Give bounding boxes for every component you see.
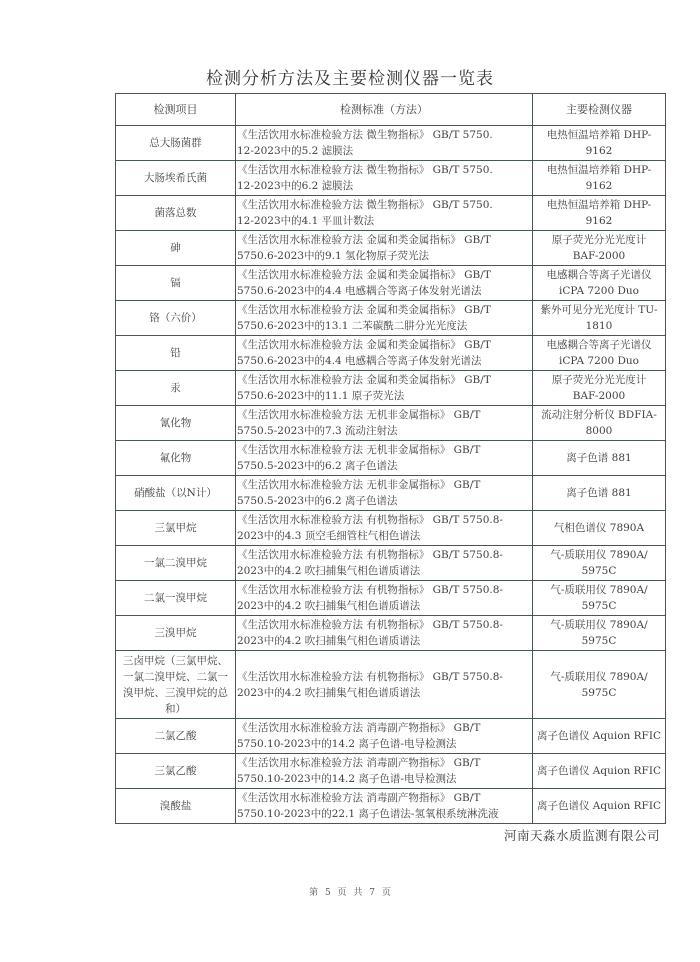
page-number: 第 5 页 共 7 页 xyxy=(0,885,700,898)
instrument-line: iCPA 7200 Duo xyxy=(534,283,664,299)
standard-method-cell: 《生活饮用水标准检验方法 有机物指标》 GB/T 5750.8-2023中的4.… xyxy=(236,511,533,546)
standard-method-line: 《生活饮用水标准检验方法 微生物指标》 GB/T 5750. xyxy=(237,127,531,143)
table-row: 砷《生活饮用水标准检验方法 金属和类金属指标》 GB/T5750.6-2023中… xyxy=(116,231,666,266)
instrument-line: 9162 xyxy=(534,143,664,159)
standard-method-cell: 《生活饮用水标准检验方法 金属和类金属指标》 GB/T5750.6-2023中的… xyxy=(236,336,533,371)
test-item-cell: 铬（六价） xyxy=(116,301,236,336)
standard-method-line: 《生活饮用水标准检验方法 无机非金属指标》 GB/T xyxy=(237,407,531,423)
standard-method-line: 《生活饮用水标准检验方法 金属和类金属指标》 GB/T xyxy=(237,267,531,283)
table-row: 大肠埃希氏菌《生活饮用水标准检验方法 微生物指标》 GB/T 5750.12-2… xyxy=(116,161,666,196)
table-row: 二氯一溴甲烷《生活饮用水标准检验方法 有机物指标》 GB/T 5750.8-20… xyxy=(116,581,666,616)
standard-method-cell: 《生活饮用水标准检验方法 有机物指标》 GB/T 5750.8-2023中的4.… xyxy=(236,651,533,719)
table-row: 氰化物《生活饮用水标准检验方法 无机非金属指标》 GB/T5750.5-2023… xyxy=(116,406,666,441)
standard-method-cell: 《生活饮用水标准检验方法 无机非金属指标》 GB/T5750.5-2023中的6… xyxy=(236,476,533,511)
instrument-line: BAF-2000 xyxy=(534,388,664,404)
standard-method-line: 《生活饮用水标准检验方法 微生物指标》 GB/T 5750. xyxy=(237,162,531,178)
instrument-cell: 气-质联用仪 7890A/5975C xyxy=(533,581,666,616)
table-row: 一氯二溴甲烷《生活饮用水标准检验方法 有机物指标》 GB/T 5750.8-20… xyxy=(116,546,666,581)
instrument-line: 离子色谱仪 Aquion RFIC xyxy=(534,728,664,744)
test-item-cell: 二氯一溴甲烷 xyxy=(116,581,236,616)
test-item-cell: 二氯乙酸 xyxy=(116,719,236,754)
test-item-cell: 三溴甲烷 xyxy=(116,616,236,651)
test-item-cell: 三氯乙酸 xyxy=(116,754,236,789)
instrument-line: 流动注射分析仪 BDFIA- xyxy=(534,407,664,423)
instrument-cell: 原子荧光分光光度计BAF-2000 xyxy=(533,371,666,406)
standard-method-line: 12-2023中的5.2 滤膜法 xyxy=(237,143,531,159)
test-item-line: 和） xyxy=(117,701,234,717)
standard-method-line: 12-2023中的4.1 平皿计数法 xyxy=(237,213,531,229)
standard-method-cell: 《生活饮用水标准检验方法 微生物指标》 GB/T 5750.12-2023中的5… xyxy=(236,126,533,161)
standard-method-line: 《生活饮用水标准检验方法 消毒副产物指标》 GB/T xyxy=(237,790,531,806)
standard-method-line: 5750.6-2023中的4.4 电感耦合等离子体发射光谱法 xyxy=(237,283,531,299)
standard-method-line: 2023中的4.3 顶空毛细管柱气相色谱法 xyxy=(237,528,531,544)
instrument-line: 电热恒温培养箱 DHP- xyxy=(534,162,664,178)
test-item-cell: 氟化物 xyxy=(116,441,236,476)
instrument-cell: 离子色谱仪 Aquion RFIC xyxy=(533,754,666,789)
header-standard-method: 检测标准（方法） xyxy=(236,94,533,126)
instrument-line: 离子色谱 881 xyxy=(534,450,664,466)
instrument-line: BAF-2000 xyxy=(534,248,664,264)
table-row: 总大肠菌群《生活饮用水标准检验方法 微生物指标》 GB/T 5750.12-20… xyxy=(116,126,666,161)
standard-method-line: 5750.10-2023中的22.1 离子色谱法-氢氧根系统淋洗液 xyxy=(237,806,531,822)
instrument-cell: 气-质联用仪 7890A/5975C xyxy=(533,546,666,581)
instrument-line: 5975C xyxy=(534,633,664,649)
standard-method-line: 5750.6-2023中的9.1 氢化物原子荧光法 xyxy=(237,248,531,264)
instrument-line: 电热恒温培养箱 DHP- xyxy=(534,197,664,213)
test-item-line: 溴甲烷、三溴甲烷的总 xyxy=(117,685,234,701)
standard-method-line: 5750.5-2023中的7.3 流动注射法 xyxy=(237,423,531,439)
instrument-line: 电感耦合等离子光谱仪 xyxy=(534,267,664,283)
table-row: 镉《生活饮用水标准检验方法 金属和类金属指标》 GB/T5750.6-2023中… xyxy=(116,266,666,301)
standard-method-cell: 《生活饮用水标准检验方法 微生物指标》 GB/T 5750.12-2023中的4… xyxy=(236,196,533,231)
instrument-line: iCPA 7200 Duo xyxy=(534,353,664,369)
page-title: 检测分析方法及主要检测仪器一览表 xyxy=(0,64,700,89)
standard-method-line: 《生活饮用水标准检验方法 有机物指标》 GB/T 5750.8- xyxy=(237,617,531,633)
standard-method-cell: 《生活饮用水标准检验方法 消毒副产物指标》 GB/T5750.10-2023中的… xyxy=(236,789,533,824)
methods-instruments-table: 检测项目 检测标准（方法） 主要检测仪器 总大肠菌群《生活饮用水标准检验方法 微… xyxy=(115,93,666,824)
header-main-instrument: 主要检测仪器 xyxy=(533,94,666,126)
standard-method-line: 《生活饮用水标准检验方法 金属和类金属指标》 GB/T xyxy=(237,302,531,318)
test-item-line: 一氯二溴甲烷、二氯一 xyxy=(117,669,234,685)
standard-method-cell: 《生活饮用水标准检验方法 金属和类金属指标》 GB/T5750.6-2023中的… xyxy=(236,231,533,266)
instrument-line: 9162 xyxy=(534,213,664,229)
instrument-cell: 电感耦合等离子光谱仪iCPA 7200 Duo xyxy=(533,336,666,371)
test-item-cell: 总大肠菌群 xyxy=(116,126,236,161)
instrument-line: 气-质联用仪 7890A/ xyxy=(534,669,664,685)
company-name: 河南天淼水质监测有限公司 xyxy=(504,826,660,844)
instrument-cell: 电热恒温培养箱 DHP-9162 xyxy=(533,126,666,161)
standard-method-cell: 《生活饮用水标准检验方法 无机非金属指标》 GB/T5750.5-2023中的7… xyxy=(236,406,533,441)
standard-method-line: 《生活饮用水标准检验方法 微生物指标》 GB/T 5750. xyxy=(237,197,531,213)
standard-method-line: 《生活饮用水标准检验方法 有机物指标》 GB/T 5750.8- xyxy=(237,512,531,528)
test-item-line: 三卤甲烷（三氯甲烷、 xyxy=(117,653,234,669)
instrument-line: 离子色谱 881 xyxy=(534,485,664,501)
standard-method-line: 《生活饮用水标准检验方法 无机非金属指标》 GB/T xyxy=(237,477,531,493)
instrument-line: 气-质联用仪 7890A/ xyxy=(534,547,664,563)
standard-method-cell: 《生活饮用水标准检验方法 无机非金属指标》 GB/T5750.5-2023中的6… xyxy=(236,441,533,476)
standard-method-cell: 《生活饮用水标准检验方法 微生物指标》 GB/T 5750.12-2023中的6… xyxy=(236,161,533,196)
standard-method-line: 《生活饮用水标准检验方法 有机物指标》 GB/T 5750.8- xyxy=(237,547,531,563)
standard-method-cell: 《生活饮用水标准检验方法 消毒副产物指标》 GB/T5750.10-2023中的… xyxy=(236,719,533,754)
table-row: 三氯甲烷《生活饮用水标准检验方法 有机物指标》 GB/T 5750.8-2023… xyxy=(116,511,666,546)
test-item-cell: 菌落总数 xyxy=(116,196,236,231)
instrument-cell: 电感耦合等离子光谱仪iCPA 7200 Duo xyxy=(533,266,666,301)
table-row: 汞《生活饮用水标准检验方法 金属和类金属指标》 GB/T5750.6-2023中… xyxy=(116,371,666,406)
standard-method-cell: 《生活饮用水标准检验方法 金属和类金属指标》 GB/T5750.6-2023中的… xyxy=(236,266,533,301)
table-row: 菌落总数《生活饮用水标准检验方法 微生物指标》 GB/T 5750.12-202… xyxy=(116,196,666,231)
instrument-line: 气-质联用仪 7890A/ xyxy=(534,582,664,598)
instrument-line: 气相色谱仪 7890A xyxy=(534,520,664,536)
instrument-line: 9162 xyxy=(534,178,664,194)
standard-method-line: 12-2023中的6.2 滤膜法 xyxy=(237,178,531,194)
standard-method-cell: 《生活饮用水标准检验方法 有机物指标》 GB/T 5750.8-2023中的4.… xyxy=(236,546,533,581)
instrument-line: 电热恒温培养箱 DHP- xyxy=(534,127,664,143)
standard-method-cell: 《生活饮用水标准检验方法 有机物指标》 GB/T 5750.8-2023中的4.… xyxy=(236,616,533,651)
test-item-cell: 硝酸盐（以N计） xyxy=(116,476,236,511)
table-row: 三溴甲烷《生活饮用水标准检验方法 有机物指标》 GB/T 5750.8-2023… xyxy=(116,616,666,651)
instrument-line: 8000 xyxy=(534,423,664,439)
test-item-cell: 铅 xyxy=(116,336,236,371)
instrument-cell: 紫外可见分光光度计 TU-1810 xyxy=(533,301,666,336)
instrument-cell: 离子色谱仪 Aquion RFIC xyxy=(533,719,666,754)
table-row: 溴酸盐《生活饮用水标准检验方法 消毒副产物指标》 GB/T5750.10-202… xyxy=(116,789,666,824)
test-item-cell: 镉 xyxy=(116,266,236,301)
instrument-cell: 离子色谱 881 xyxy=(533,476,666,511)
standard-method-line: 《生活饮用水标准检验方法 有机物指标》 GB/T 5750.8- xyxy=(237,582,531,598)
instrument-line: 5975C xyxy=(534,563,664,579)
test-item-cell: 大肠埃希氏菌 xyxy=(116,161,236,196)
instrument-cell: 离子色谱 881 xyxy=(533,441,666,476)
instrument-line: 紫外可见分光光度计 TU- xyxy=(534,302,664,318)
instrument-cell: 电热恒温培养箱 DHP-9162 xyxy=(533,161,666,196)
test-item-cell: 溴酸盐 xyxy=(116,789,236,824)
standard-method-line: 2023中的4.2 吹扫捕集气相色谱质谱法 xyxy=(237,598,531,614)
instrument-cell: 流动注射分析仪 BDFIA-8000 xyxy=(533,406,666,441)
standard-method-line: 5750.10-2023中的14.2 离子色谱-电导检测法 xyxy=(237,736,531,752)
instrument-line: 5975C xyxy=(534,685,664,701)
standard-method-line: 《生活饮用水标准检验方法 金属和类金属指标》 GB/T xyxy=(237,372,531,388)
standard-method-cell: 《生活饮用水标准检验方法 有机物指标》 GB/T 5750.8-2023中的4.… xyxy=(236,581,533,616)
table-row: 硝酸盐（以N计）《生活饮用水标准检验方法 无机非金属指标》 GB/T5750.5… xyxy=(116,476,666,511)
standard-method-line: 5750.5-2023中的6.2 离子色谱法 xyxy=(237,493,531,509)
test-item-cell: 氰化物 xyxy=(116,406,236,441)
instrument-line: 离子色谱仪 Aquion RFIC xyxy=(534,763,664,779)
standard-method-line: 《生活饮用水标准检验方法 消毒副产物指标》 GB/T xyxy=(237,720,531,736)
table-row: 三氯乙酸《生活饮用水标准检验方法 消毒副产物指标》 GB/T5750.10-20… xyxy=(116,754,666,789)
instrument-line: 气-质联用仪 7890A/ xyxy=(534,617,664,633)
instrument-line: 原子荧光分光光度计 xyxy=(534,372,664,388)
standard-method-line: 《生活饮用水标准检验方法 金属和类金属指标》 GB/T xyxy=(237,337,531,353)
test-item-cell: 砷 xyxy=(116,231,236,266)
instrument-line: 原子荧光分光光度计 xyxy=(534,232,664,248)
standard-method-line: 5750.6-2023中的13.1 二苯碳酰二肼分光光度法 xyxy=(237,318,531,334)
test-item-cell: 三氯甲烷 xyxy=(116,511,236,546)
table-row: 二氯乙酸《生活饮用水标准检验方法 消毒副产物指标》 GB/T5750.10-20… xyxy=(116,719,666,754)
instrument-line: 5975C xyxy=(534,598,664,614)
standard-method-cell: 《生活饮用水标准检验方法 金属和类金属指标》 GB/T5750.6-2023中的… xyxy=(236,371,533,406)
table-header-row: 检测项目 检测标准（方法） 主要检测仪器 xyxy=(116,94,666,126)
test-item-cell: 三卤甲烷（三氯甲烷、一氯二溴甲烷、二氯一溴甲烷、三溴甲烷的总和） xyxy=(116,651,236,719)
standard-method-line: 《生活饮用水标准检验方法 有机物指标》 GB/T 5750.8- xyxy=(237,669,531,685)
standard-method-line: 2023中的4.2 吹扫捕集气相色谱质谱法 xyxy=(237,633,531,649)
standard-method-line: 《生活饮用水标准检验方法 消毒副产物指标》 GB/T xyxy=(237,755,531,771)
standard-method-line: 5750.5-2023中的6.2 离子色谱法 xyxy=(237,458,531,474)
table-row: 铅《生活饮用水标准检验方法 金属和类金属指标》 GB/T5750.6-2023中… xyxy=(116,336,666,371)
instrument-line: 电感耦合等离子光谱仪 xyxy=(534,337,664,353)
standard-method-line: 2023中的4.2 吹扫捕集气相色谱质谱法 xyxy=(237,685,531,701)
header-test-item: 检测项目 xyxy=(116,94,236,126)
standard-method-line: 《生活饮用水标准检验方法 金属和类金属指标》 GB/T xyxy=(237,232,531,248)
standard-method-line: 5750.10-2023中的14.2 离子色谱-电导检测法 xyxy=(237,771,531,787)
instrument-cell: 电热恒温培养箱 DHP-9162 xyxy=(533,196,666,231)
instrument-cell: 原子荧光分光光度计BAF-2000 xyxy=(533,231,666,266)
standard-method-line: 5750.6-2023中的11.1 原子荧光法 xyxy=(237,388,531,404)
table-row: 氟化物《生活饮用水标准检验方法 无机非金属指标》 GB/T5750.5-2023… xyxy=(116,441,666,476)
standard-method-cell: 《生活饮用水标准检验方法 消毒副产物指标》 GB/T5750.10-2023中的… xyxy=(236,754,533,789)
table-row: 铬（六价）《生活饮用水标准检验方法 金属和类金属指标》 GB/T5750.6-2… xyxy=(116,301,666,336)
test-item-cell: 汞 xyxy=(116,371,236,406)
instrument-line: 1810 xyxy=(534,318,664,334)
standard-method-line: 5750.6-2023中的4.4 电感耦合等离子体发射光谱法 xyxy=(237,353,531,369)
instrument-cell: 气相色谱仪 7890A xyxy=(533,511,666,546)
instrument-cell: 离子色谱仪 Aquion RFIC xyxy=(533,789,666,824)
instrument-cell: 气-质联用仪 7890A/5975C xyxy=(533,616,666,651)
table-body: 总大肠菌群《生活饮用水标准检验方法 微生物指标》 GB/T 5750.12-20… xyxy=(116,126,666,824)
table-row: 三卤甲烷（三氯甲烷、一氯二溴甲烷、二氯一溴甲烷、三溴甲烷的总和）《生活饮用水标准… xyxy=(116,651,666,719)
test-item-cell: 一氯二溴甲烷 xyxy=(116,546,236,581)
instrument-line: 离子色谱仪 Aquion RFIC xyxy=(534,798,664,814)
standard-method-line: 2023中的4.2 吹扫捕集气相色谱质谱法 xyxy=(237,563,531,579)
standard-method-cell: 《生活饮用水标准检验方法 金属和类金属指标》 GB/T5750.6-2023中的… xyxy=(236,301,533,336)
instrument-cell: 气-质联用仪 7890A/5975C xyxy=(533,651,666,719)
standard-method-line: 《生活饮用水标准检验方法 无机非金属指标》 GB/T xyxy=(237,442,531,458)
